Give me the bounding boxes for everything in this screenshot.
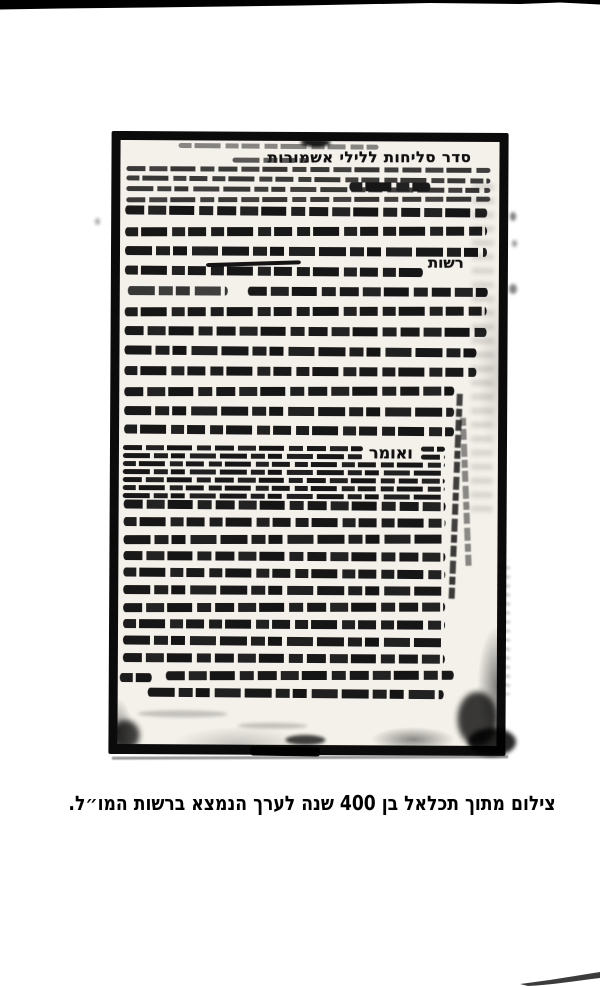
manuscript-text-line <box>123 603 445 613</box>
manuscript-text-line <box>123 535 445 545</box>
manuscript-text-line <box>166 671 454 681</box>
manuscript-text-line <box>124 406 454 417</box>
pen-trial-mark <box>510 212 516 221</box>
frame-shadow <box>112 755 508 759</box>
manuscript-text-line <box>123 619 445 630</box>
manuscript-text-line <box>123 461 445 468</box>
manuscript-text-line <box>123 635 445 647</box>
manuscript-paper: סדר סליחות ללילי אשמורות רשות <box>117 140 499 746</box>
rubric-word: רשות <box>428 254 464 272</box>
manuscript-text-line <box>126 197 490 203</box>
manuscript-text-line <box>248 287 488 297</box>
manuscript-text-line <box>123 445 363 451</box>
smudge <box>238 723 308 729</box>
manuscript-text-line <box>124 345 476 357</box>
manuscript-text-line <box>123 567 445 579</box>
pen-trial-mark <box>512 240 517 247</box>
ink-blot <box>468 728 516 756</box>
manuscript-text-line <box>124 424 454 436</box>
book-page: סדר סליחות ללילי אשמורות רשות <box>0 0 600 987</box>
manuscript-text-line <box>123 453 363 459</box>
manuscript-text-line <box>123 653 445 664</box>
scan-streaks <box>498 560 510 695</box>
photo-caption: צילום מתוך תכלאל בן 400 שנה לערך הנמצא ב… <box>54 791 570 815</box>
manuscript-text-line <box>421 447 445 452</box>
manuscript-text-line <box>421 455 445 460</box>
manuscript-word <box>120 673 152 682</box>
smudge <box>138 710 228 717</box>
manuscript-text-line <box>124 387 454 397</box>
manuscript-photo: סדר סליחות ללילי אשמורות רשות <box>108 131 508 756</box>
manuscript-text-line <box>126 186 490 193</box>
manuscript-text-line <box>123 585 445 596</box>
scan-mottling <box>471 182 495 512</box>
manuscript-text-line <box>123 493 445 500</box>
manuscript-text-line <box>126 166 490 173</box>
manuscript-text-line <box>123 477 445 484</box>
manuscript-text-line <box>125 326 487 337</box>
manuscript-text-line <box>125 266 423 278</box>
manuscript-text-line <box>124 366 476 377</box>
manuscript-text-line <box>124 517 446 528</box>
manuscript-scribble <box>232 158 308 163</box>
manuscript-bold-words <box>349 182 430 191</box>
manuscript-text-line <box>124 499 446 511</box>
manuscript-text-line <box>123 469 445 476</box>
manuscript-text-line <box>125 227 487 237</box>
pen-trial-mark <box>95 218 100 225</box>
manuscript-text-line <box>128 286 228 296</box>
manuscript-text-line <box>123 551 445 562</box>
manuscript-text-line <box>148 688 444 700</box>
bottom-right-streak <box>520 968 600 987</box>
section-word: ואומר <box>369 443 413 462</box>
manuscript-text-line <box>123 485 445 492</box>
manuscript-text-line <box>126 175 490 183</box>
ink-blot <box>285 735 325 745</box>
ink-blot <box>117 720 139 746</box>
manuscript-text-line <box>125 307 487 317</box>
top-edge-artifact <box>0 0 600 12</box>
pen-trial-mark <box>509 284 517 294</box>
manuscript-text-line <box>125 205 487 217</box>
